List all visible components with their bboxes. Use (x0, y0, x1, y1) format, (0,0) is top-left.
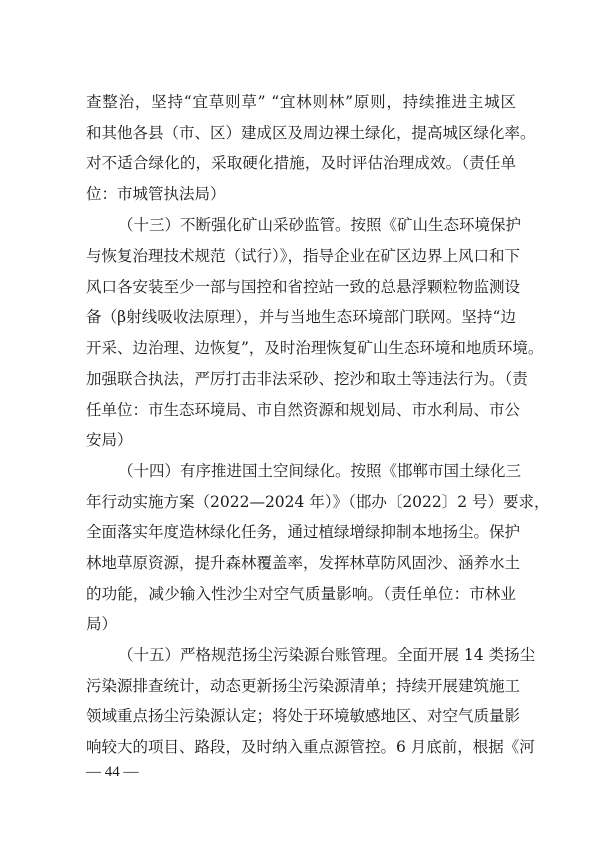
text-line: 备（β射线吸收法原理），并与当地生态环境部门联网。坚持“边 (86, 307, 516, 327)
text-line: 开采、边治理、边恢复”，及时治理恢复矿山生态环境和地质环境。 (86, 338, 516, 358)
text-line: 加强联合执法，严厉打击非法采砂、挖沙和取土等违法行为。（责 (86, 369, 516, 389)
document-page: 查整治，坚持“宜草则草” “宜林则林”原则，持续推进主城区 和其他各县（市、区）… (0, 0, 600, 848)
text-line: 对不适合绿化的，采取硬化措施，及时评估治理成效。（责任单 (86, 153, 516, 173)
text-line: 年行动实施方案（2022—2024 年）》（邯办〔2022〕2 号）要求， (86, 492, 516, 512)
text-line: 领域重点扬尘污染源认定；将处于环境敏感地区、对空气质量影 (86, 706, 516, 726)
text-line: 安局） (86, 430, 516, 450)
section-heading-14: （十四）有序推进国土空间绿化。按照《邯郸市国土绿化三 (118, 461, 516, 481)
section-heading-15: （十五）严格规范扬尘污染源台账管理。全面开展 14 类扬尘 (118, 645, 516, 665)
section-heading-13: （十三）不断强化矿山采砂监管。按照《矿山生态环境保护 (118, 215, 516, 235)
text-line: 污染源排查统计，动态更新扬尘污染源清单；持续开展建筑施工 (86, 676, 516, 696)
text-line: 全面落实年度造林绿化任务，通过植绿增绿抑制本地扬尘。保护 (86, 522, 516, 542)
text-line: 和其他各县（市、区）建成区及周边裸土绿化，提高城区绿化率。 (86, 123, 516, 143)
text-line: 林地草原资源，提升森林覆盖率，发挥林草防风固沙、涵养水土 (86, 553, 516, 573)
text-line: 任单位：市生态环境局、市自然资源和规划局、市水利局、市公 (86, 400, 516, 420)
text-line: 与恢复治理技术规范（试行）》，指导企业在矿区边界上风口和下 (86, 246, 516, 266)
text-line: 响较大的项目、路段，及时纳入重点源管控。6 月底前，根据《河 (86, 737, 516, 757)
text-line: 风口各安装至少一部与国控和省控站一致的总悬浮颗粒物监测设 (86, 277, 516, 297)
text-line: 的功能，减少输入性沙尘对空气质量影响。（责任单位：市林业 (86, 584, 516, 604)
text-line: 查整治，坚持“宜草则草” “宜林则林”原则，持续推进主城区 (86, 92, 516, 112)
text-line: 位：市城管执法局） (86, 184, 516, 204)
page-number: — 44 — (86, 762, 139, 782)
text-line: 局） (86, 614, 516, 634)
